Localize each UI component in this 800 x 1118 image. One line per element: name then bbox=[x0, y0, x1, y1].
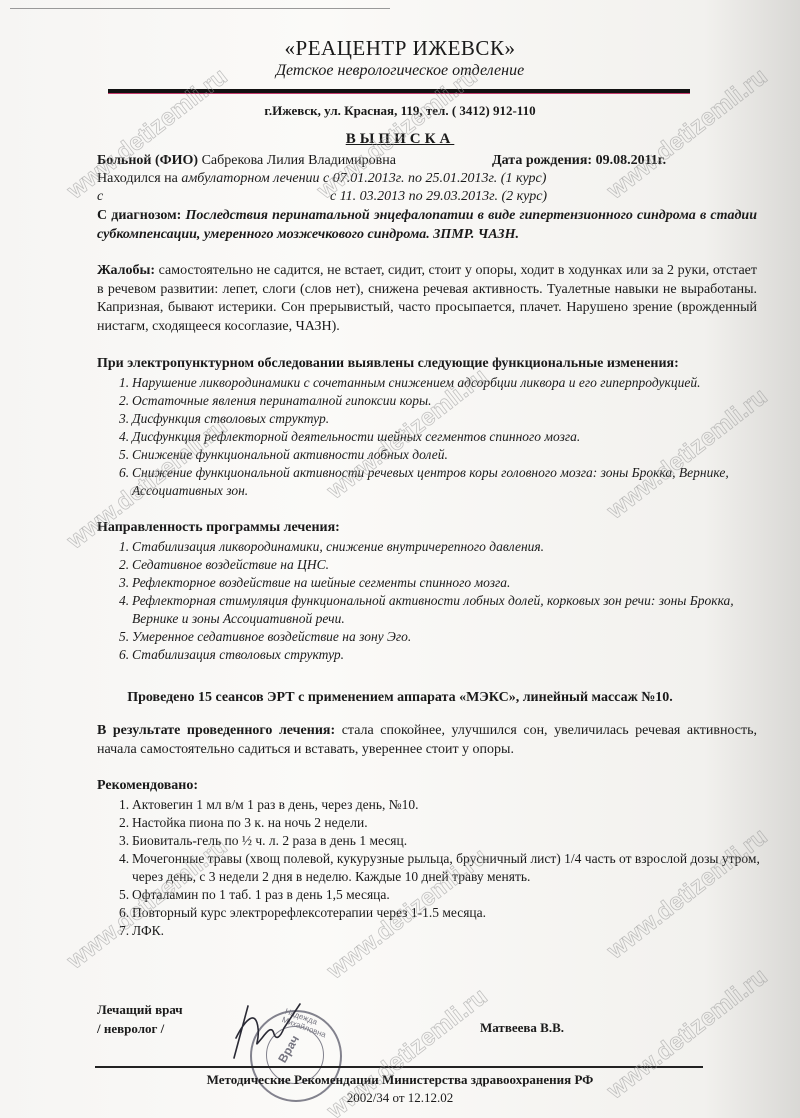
patient-name-label: Больной (ФИО) bbox=[97, 153, 198, 168]
patient-name-row: Больной (ФИО) Сабрекова Лилия Владимиров… bbox=[97, 152, 396, 170]
list-item-text: Седативное воздействие на ЦНС. bbox=[132, 557, 329, 572]
list-item-number: 3. bbox=[119, 574, 129, 592]
handwritten-signature-icon bbox=[228, 998, 318, 1068]
patient-dob-label: Дата рождения: bbox=[492, 153, 592, 168]
list-item-number: 5. bbox=[119, 886, 129, 904]
findings-list-container: 1.Нарушение ликвородинамики с сочетанным… bbox=[97, 374, 757, 500]
list-item-number: 4. bbox=[119, 428, 129, 446]
recommendation-item: 1.Актовегин 1 мл в/м 1 раз в день, через… bbox=[97, 796, 777, 814]
list-item-text: Снижение функциональной активности речев… bbox=[132, 465, 729, 498]
program-item: 5.Умеренное седативное воздействие на зо… bbox=[97, 628, 757, 646]
program-heading: Направленность программы лечения: bbox=[97, 520, 340, 536]
recommendations-list: 1.Актовегин 1 мл в/м 1 раз в день, через… bbox=[97, 796, 777, 940]
list-item-number: 6. bbox=[119, 904, 129, 922]
list-item-text: Дисфункция рефлекторной деятельности шей… bbox=[132, 429, 580, 444]
top-edge-line bbox=[10, 8, 390, 9]
document-title: ВЫПИСКА bbox=[0, 131, 800, 148]
complaints-section: Жалобы: самостоятельно не садится, не вс… bbox=[97, 262, 757, 336]
list-item-number: 5. bbox=[119, 628, 129, 646]
patient-dob-row: Дата рождения: 09.08.2011г. bbox=[492, 152, 666, 170]
list-item-number: 4. bbox=[119, 850, 129, 868]
list-item-text: Биовиталь-гель по ½ ч. л. 2 раза в день … bbox=[132, 833, 407, 848]
list-item-number: 3. bbox=[119, 832, 129, 850]
program-list-container: 1.Стабилизация ликвородинамики, снижение… bbox=[97, 538, 757, 664]
list-item-number: 5. bbox=[119, 446, 129, 464]
recommendation-item: 5.Офталамин по 1 таб. 1 раз в день 1,5 м… bbox=[97, 886, 777, 904]
program-list: 1.Стабилизация ликвородинамики, снижение… bbox=[97, 538, 757, 664]
list-item-text: Умеренное седативное воздействие на зону… bbox=[132, 629, 411, 644]
list-item-text: Дисфункция стволовых структур. bbox=[132, 411, 329, 426]
footer-divider bbox=[95, 1066, 703, 1068]
doctor-role: Лечащий врач / невролог / bbox=[97, 1000, 183, 1038]
list-item-text: Стабилизация стволовых структур. bbox=[132, 647, 344, 662]
list-item-number: 3. bbox=[119, 410, 129, 428]
recommendation-item: 7.ЛФК. bbox=[97, 922, 777, 940]
footer-reference-date: 2002/34 от 12.12.02 bbox=[0, 1090, 800, 1106]
diagnosis-text: Последствия перинатальной энцефалопатии … bbox=[97, 208, 757, 242]
finding-item: 4.Дисфункция рефлекторной деятельности ш… bbox=[97, 428, 757, 446]
department-name: Детское неврологическое отделение bbox=[0, 62, 800, 80]
header-divider bbox=[108, 89, 690, 94]
diagnosis-section: С диагнозом: Последствия перинатальной э… bbox=[97, 207, 757, 244]
organization-address: г.Ижевск, ул. Красная, 119, тел. ( 3412)… bbox=[0, 103, 800, 119]
list-item-number: 2. bbox=[119, 556, 129, 574]
procedures-summary: Проведено 15 сеансов ЭРТ с применением а… bbox=[0, 689, 800, 707]
list-item-text: ЛФК. bbox=[132, 923, 164, 938]
list-item-text: Снижение функциональной активности лобны… bbox=[132, 447, 448, 462]
finding-item: 1.Нарушение ликвородинамики с сочетанным… bbox=[97, 374, 757, 392]
treatment-prefix: Находился на bbox=[97, 171, 178, 186]
recommendation-item: 4.Мочегонные травы (хвощ полевой, кукуру… bbox=[97, 850, 777, 886]
program-item: 3.Рефлекторное воздействие на шейные сег… bbox=[97, 574, 757, 592]
list-item-text: Нарушение ликвородинамики с сочетанным с… bbox=[132, 375, 700, 390]
doctor-name: Матвеева В.В. bbox=[480, 1020, 564, 1036]
doctor-role-line1: Лечащий врач bbox=[97, 1000, 183, 1019]
recommendation-item: 2.Настойка пиона по 3 к. на ночь 2 недел… bbox=[97, 814, 777, 832]
complaints-label: Жалобы: bbox=[97, 263, 155, 278]
program-item: 1.Стабилизация ликвородинамики, снижение… bbox=[97, 538, 757, 556]
recommendation-item: 6.Повторный курс электрорефлексотерапии … bbox=[97, 904, 777, 922]
result-label: В результате проведенного лечения: bbox=[97, 723, 335, 738]
program-item: 6.Стабилизация стволовых структур. bbox=[97, 646, 757, 664]
complaints-text: самостоятельно не садится, не встает, си… bbox=[97, 263, 757, 334]
list-item-text: Повторный курс электрорефлексотерапии че… bbox=[132, 905, 486, 920]
footer-reference: Методические Рекомендации Министерства з… bbox=[0, 1072, 800, 1088]
list-item-number: 2. bbox=[119, 392, 129, 410]
list-item-number: 4. bbox=[119, 592, 129, 610]
list-item-number: 1. bbox=[119, 796, 129, 814]
document-page: «РЕАЦЕНТР ИЖЕВСК» Детское неврологическо… bbox=[0, 0, 800, 1118]
doctor-role-line2: / невролог / bbox=[97, 1019, 183, 1038]
treatment-course-2: с 11. 03.2013 по 29.03.2013г. (2 курс) bbox=[330, 188, 547, 206]
list-item-number: 2. bbox=[119, 814, 129, 832]
list-item-text: Мочегонные травы (хвощ полевой, кукурузн… bbox=[132, 851, 760, 884]
list-item-text: Рефлекторная стимуляция функциональной а… bbox=[132, 593, 734, 626]
list-item-number: 6. bbox=[119, 646, 129, 664]
finding-item: 6.Снижение функциональной активности реч… bbox=[97, 464, 757, 500]
program-item: 4.Рефлекторная стимуляция функциональной… bbox=[97, 592, 757, 628]
list-item-text: Офталамин по 1 таб. 1 раз в день 1,5 мес… bbox=[132, 887, 390, 902]
finding-item: 5.Снижение функциональной активности лоб… bbox=[97, 446, 757, 464]
list-item-text: Остаточные явления перинаталной гипоксии… bbox=[132, 393, 431, 408]
patient-name: Сабрекова Лилия Владимировна bbox=[202, 153, 396, 168]
findings-list: 1.Нарушение ликвородинамики с сочетанным… bbox=[97, 374, 757, 500]
list-item-text: Стабилизация ликвородинамики, снижение в… bbox=[132, 539, 544, 554]
list-item-number: 1. bbox=[119, 538, 129, 556]
list-item-text: Рефлекторное воздействие на шейные сегме… bbox=[132, 575, 510, 590]
recommendation-item: 3.Биовиталь-гель по ½ ч. л. 2 раза в ден… bbox=[97, 832, 777, 850]
program-item: 2.Седативное воздействие на ЦНС. bbox=[97, 556, 757, 574]
patient-dob: 09.08.2011г. bbox=[596, 153, 667, 168]
list-item-text: Актовегин 1 мл в/м 1 раз в день, через д… bbox=[132, 797, 419, 812]
list-item-text: Настойка пиона по 3 к. на ночь 2 недели. bbox=[132, 815, 368, 830]
treatment-course-1: Находился на амбулаторном лечении с 07.0… bbox=[97, 170, 546, 188]
finding-item: 3.Дисфункция стволовых структур. bbox=[97, 410, 757, 428]
organization-name: «РЕАЦЕНТР ИЖЕВСК» bbox=[0, 36, 800, 61]
list-item-number: 6. bbox=[119, 464, 129, 482]
finding-item: 2.Остаточные явления перинаталной гипокс… bbox=[97, 392, 757, 410]
treatment-course-2-prefix: с bbox=[97, 188, 103, 206]
recommendations-list-container: 1.Актовегин 1 мл в/м 1 раз в день, через… bbox=[97, 796, 777, 940]
treatment-period-1: амбулаторном лечении с 07.01.2013г. по 2… bbox=[181, 171, 546, 186]
list-item-number: 7. bbox=[119, 922, 129, 940]
result-section: В результате проведенного лечения: стала… bbox=[97, 722, 757, 759]
diagnosis-label: С диагнозом: bbox=[97, 208, 181, 223]
findings-heading: При электропунктурном обследовании выявл… bbox=[97, 356, 777, 372]
list-item-number: 1. bbox=[119, 374, 129, 392]
recommendations-heading: Рекомендовано: bbox=[97, 778, 198, 794]
